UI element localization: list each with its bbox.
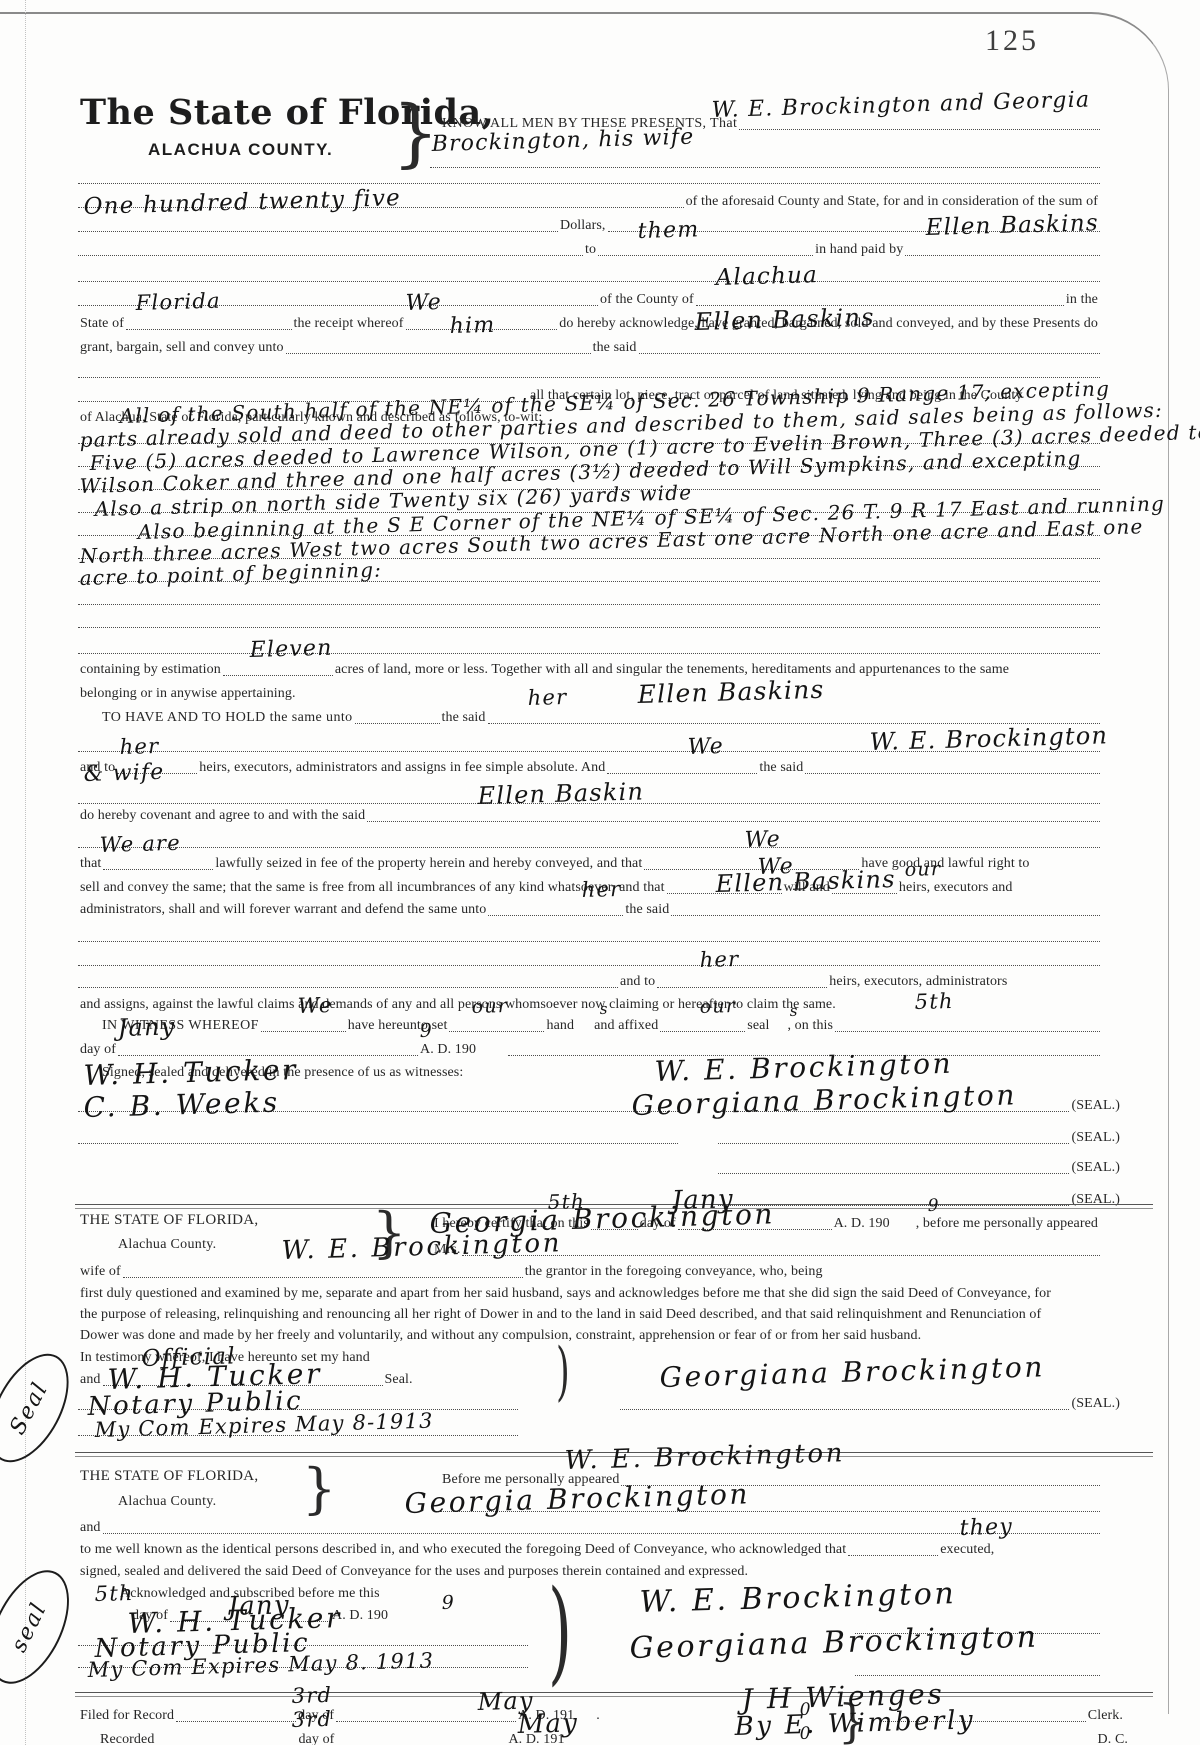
and-label: and [78,1372,103,1388]
seal-label: (SEAL.) [1069,1160,1122,1176]
to-have-text: TO HAVE AND TO HOLD the same unto [100,710,355,726]
identical-persons-text: to me well known as the identical person… [78,1542,848,1558]
grantor-signature: W. E. Brockington [639,1579,957,1618]
indent [78,1033,100,1034]
fill-line [336,1720,516,1722]
gap [892,1231,914,1232]
gap [771,1033,785,1034]
belonging-text: belonging or in anywise appertaining. [78,686,298,702]
fill-line [488,914,623,916]
fill-line [78,940,1100,942]
handwritten-payee: Ellen Baskins [925,212,1099,240]
fill-line [78,230,558,232]
covenant-text: do hereby covenant and agree to and with… [78,808,367,824]
grantor-signature-line [718,1142,1069,1144]
the-said-label: the said [591,340,639,356]
dower-signature-line [620,1408,1069,1410]
witness-signature: C. B. Weeks [83,1089,280,1122]
filed-for-record-label: Filed for Record [78,1708,176,1724]
fill-line [223,674,333,676]
affixed-text: and affixed [592,1018,660,1034]
page-left-edge-line [25,0,26,1745]
fill-line [176,1720,296,1722]
fill-line [78,376,1100,378]
handwritten-our: our [471,997,508,1017]
seal-label: (SEAL.) [1069,1098,1122,1114]
handwritten-her: her [581,879,621,901]
state-heading: THE STATE OF FLORIDA, [80,1468,258,1485]
fill-line [103,868,213,870]
warrant-text: administrators, shall and will forever w… [78,902,488,918]
handwritten-her: her [699,949,739,971]
fill-line [103,1532,1100,1534]
handwritten-him: him [449,315,495,338]
heirs-text: heirs, executors, administrators and ass… [197,760,607,776]
ack2-brace: } [302,1462,336,1516]
heirs-exec-text: heirs, executors and [897,880,1015,896]
handwritten-we: We [405,292,442,315]
that-label: that [78,856,103,872]
to-label: to [583,242,598,258]
county-heading: ALACHUA COUNTY. [148,140,333,160]
day-of-label: day of [78,1042,118,1058]
deputy-clerk-label: D. C. [1096,1732,1130,1745]
fill-line [739,128,1100,130]
handwritten-acreage: Eleven [249,638,333,662]
handwritten-husband-name: W. E. Brockington [281,1230,562,1264]
of-county-text: of the County of [598,292,696,308]
seal-label: (SEAL.) [1069,1130,1122,1146]
handwritten-grantee: Ellen Baskins [715,867,896,896]
section-divider-rule [75,1692,1153,1697]
dollars-label: Dollars, [558,218,608,234]
fill-line [449,1030,544,1032]
clerk-label: Clerk. [1086,1708,1125,1724]
handwritten-recorded-month: May [517,1710,578,1738]
wife-of-label: wife of [78,1264,123,1280]
ack2-paren: ) [548,1576,572,1688]
handwritten-appeared-name: W. E. Brockington [564,1440,845,1474]
handwritten-our: our [699,997,736,1017]
handwritten-s: s [790,1004,799,1019]
fill-line [805,772,1100,774]
fill-line [261,1030,346,1032]
and-label: and [78,1520,103,1536]
fill-line [78,846,1100,848]
fill-line [671,914,1100,916]
handwritten-day-number: 5th [94,1583,134,1605]
gap [478,1057,508,1058]
fill-line [78,254,583,256]
fill-line [78,626,1100,628]
fill-line [78,986,618,988]
ad-label: A. D. 190 [418,1042,478,1058]
county-subheading: Alachua County. [118,1237,216,1253]
fill-line [905,254,1100,256]
handwritten-month: Jany [117,1014,175,1040]
ack1-paragraph: Dower was done and made by her freely an… [78,1328,923,1344]
handwritten-year: 9 [928,1198,941,1215]
hand-label: hand [544,1018,576,1034]
handwritten-we: We [687,736,724,759]
fill-line [598,254,813,256]
appeared-text: , before me personally appeared [914,1216,1100,1232]
seal-word: Seal. [383,1372,415,1388]
grantor-rest-text: the grantor in the foregoing conveyance,… [523,1264,825,1280]
the-said-label: the said [440,710,488,726]
the-said-label: the said [757,760,805,776]
fill-line [607,772,757,774]
receipt-whereof-text: the receipt whereof [292,316,406,332]
blank-signature-line [718,1172,1069,1174]
on-this-text: , on this [785,1018,835,1034]
grantor-signature: Georgiana Brockington [629,1623,1039,1664]
handwritten-our: our [904,860,941,880]
gap [78,1623,130,1624]
fill-line [657,986,827,988]
handwritten-recorded-day: 3rd [291,1709,332,1731]
acres-rest-text: acres of land, more or less. Together wi… [333,662,1011,678]
handwritten-and-wife: & wife [83,762,164,786]
handwritten-filed-day: 3rd [291,1685,332,1707]
indent [78,725,100,726]
seized-text: lawfully seized in fee of the property h… [213,856,644,872]
handwritten-grantee: Ellen Baskin [477,779,644,808]
handwritten-county: Alachua [715,264,818,290]
gap [78,1175,718,1176]
fill-line [126,328,292,330]
executed-label: executed, [938,1542,996,1558]
aforesaid-text: of the aforesaid County and State, for a… [684,194,1100,210]
handwritten-grantee: Ellen Baskins [637,677,825,707]
ack1-paragraph: the purpose of releasing, relinquishing … [78,1307,1043,1323]
seal-label: (SEAL.) [1069,1396,1122,1412]
ad-label: A. D. 190 [832,1216,892,1232]
handwritten-year: 9 [441,1594,455,1613]
seal-label: seal [745,1018,771,1034]
handwritten-we-are: We are [99,833,181,856]
fill-line [639,352,1100,354]
gap [576,1033,592,1034]
handwritten-s: s [600,1002,609,1017]
fill-line [123,1276,523,1278]
ack2-paragraph: signed, sealed and delivered the said De… [78,1564,750,1580]
margin-seal-text: seal [6,1598,51,1656]
state-heading: THE STATE OF FLORIDA, [80,1212,258,1229]
handwritten-her: her [527,687,567,709]
period: . [594,1708,602,1724]
handwritten-amount: One hundred twenty five [83,187,401,219]
the-said-label: the said [623,902,671,918]
margin-seal-drawing: seal [0,1558,85,1697]
fill-line [78,280,1100,282]
page-number: 125 [985,24,1039,58]
in-the-text: in the [1064,292,1100,308]
handwritten-we: We [297,995,332,1017]
fill-line [355,722,440,724]
witness-signature-line [78,1142,678,1144]
handwritten-we: We [744,829,781,852]
handwritten-state: Florida [135,291,221,314]
deputy-clerk-signature: By E. Wimberly [734,1707,975,1740]
in-hand-paid-text: in hand paid by [813,242,905,258]
heirs-text: heirs, executors, administrators [827,974,1009,990]
ack1-paragraph: first duly questioned and examined by me… [78,1286,1053,1302]
handwritten-her: her [119,736,159,758]
containing-text: containing by estimation [78,662,223,678]
day-of-label: day of [296,1732,336,1745]
handwritten-them: them [637,219,699,243]
handwritten-grantee: Ellen Baskins [694,305,875,334]
convey-unto-text: grant, bargain, sell and convey unto [78,340,286,356]
fill-line [367,820,1100,822]
county-subheading: Alachua County. [118,1494,216,1510]
gap [678,1145,718,1146]
deed-document-page: 125 The State of Florida, ALACHUA COUNTY… [0,0,1200,1745]
margin-seal-drawing: Seal [0,1341,85,1475]
handwritten-they: they [959,1517,1013,1540]
fill-line [660,1030,745,1032]
handwritten-day-number: 5th [914,991,954,1013]
state-of-label: State of [78,316,126,332]
gap [576,1723,594,1724]
fill-line [78,964,1100,966]
fill-line [835,1030,1100,1032]
fill-line [848,1554,938,1556]
sell-convey-text: sell and convey the same; that the same … [78,880,667,896]
fill-line [78,603,1100,605]
set-text: have hereunto set [346,1018,450,1034]
handwritten-grantor-name: W. E. Brockington [869,723,1108,754]
fill-line [286,352,591,354]
margin-seal-text: Seal [5,1377,53,1438]
recorded-label: Recorded [98,1732,156,1745]
grantor-signature: Georgiana Brockington [631,1081,1017,1120]
dower-signature: Georgiana Brockington [659,1353,1045,1392]
fill-line [78,652,1100,654]
handwritten-year: 9 [419,1022,433,1041]
fill-line [78,182,1100,184]
grantor-signature-line [855,1674,1100,1676]
testimony-paren: ) [556,1340,570,1404]
and-to-label: and to [618,974,657,990]
